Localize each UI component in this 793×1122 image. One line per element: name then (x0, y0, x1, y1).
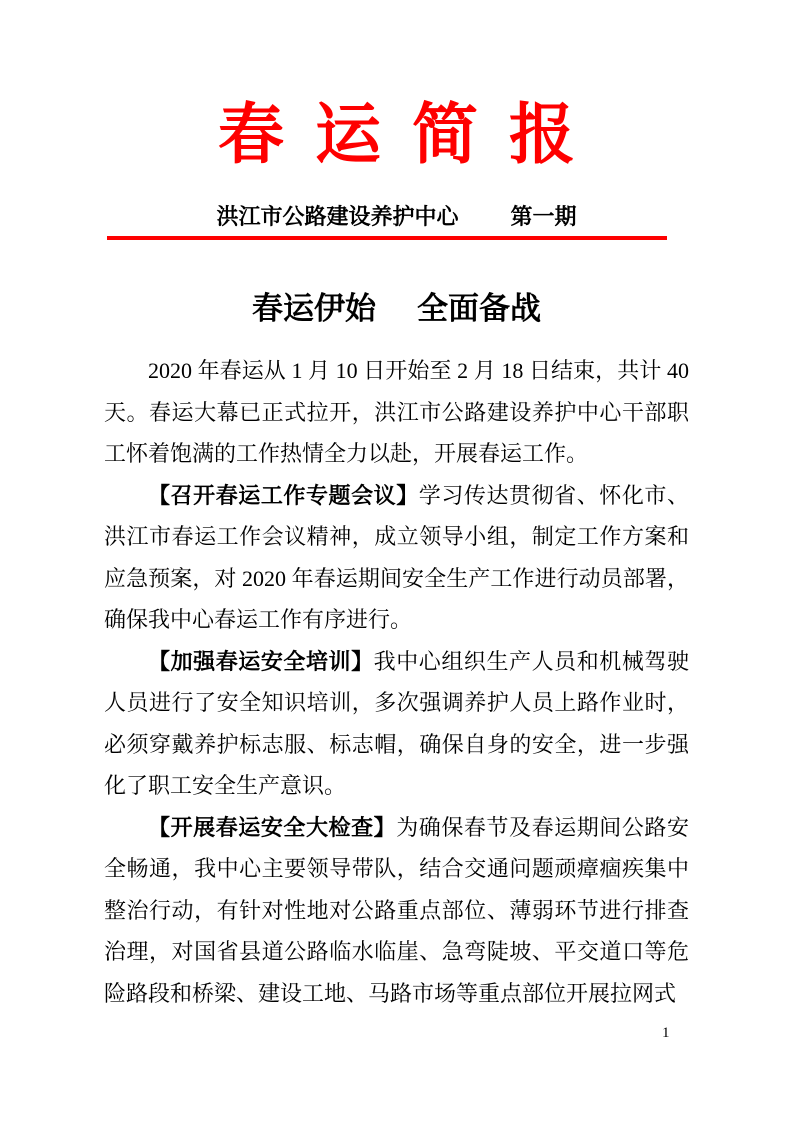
headline-part-1: 春运伊始 (252, 291, 376, 326)
paragraph-lead: 【开展春运安全大检查】 (148, 815, 396, 840)
paragraph-meeting: 【召开春运工作专题会议】学习传达贯彻省、怀化市、洪江市春运工作会议精神，成立领导… (104, 475, 689, 641)
paragraph-inspection: 【开展春运安全大检查】为确保春节及春运期间公路安全畅通，我中心主要领导带队，结合… (104, 807, 689, 1015)
article-body: 2020 年春运从 1 月 10 日开始至 2 月 18 日结束，共计 40 天… (104, 350, 689, 1014)
org-name: 洪江市公路建设养护中心 (216, 204, 458, 229)
issue-label: 第一期 (511, 204, 577, 229)
article-headline: 春运伊始全面备战 (0, 290, 793, 328)
headline-part-2: 全面备战 (417, 291, 541, 326)
masthead-divider-rule (107, 236, 667, 240)
paragraph-lead: 【加强春运安全培训】 (148, 649, 374, 674)
masthead-subline: 洪江市公路建设养护中心第一期 (0, 203, 793, 231)
paragraph-text: 2020 年春运从 1 月 10 日开始至 2 月 18 日结束，共计 40 天… (104, 358, 689, 466)
document-page: 春运简报 洪江市公路建设养护中心第一期 春运伊始全面备战 2020 年春运从 1… (0, 0, 793, 1122)
paragraph-intro: 2020 年春运从 1 月 10 日开始至 2 月 18 日结束，共计 40 天… (104, 350, 689, 475)
paragraph-lead: 【召开春运工作专题会议】 (148, 483, 419, 508)
paragraph-text: 为确保春节及春运期间公路安全畅通，我中心主要领导带队，结合交通问题顽瘴痼疾集中整… (104, 815, 689, 1006)
masthead-title: 春运简报 (0, 100, 793, 172)
page-number: 1 (662, 1024, 670, 1042)
paragraph-training: 【加强春运安全培训】我中心组织生产人员和机械驾驶人员进行了安全知识培训，多次强调… (104, 641, 689, 807)
